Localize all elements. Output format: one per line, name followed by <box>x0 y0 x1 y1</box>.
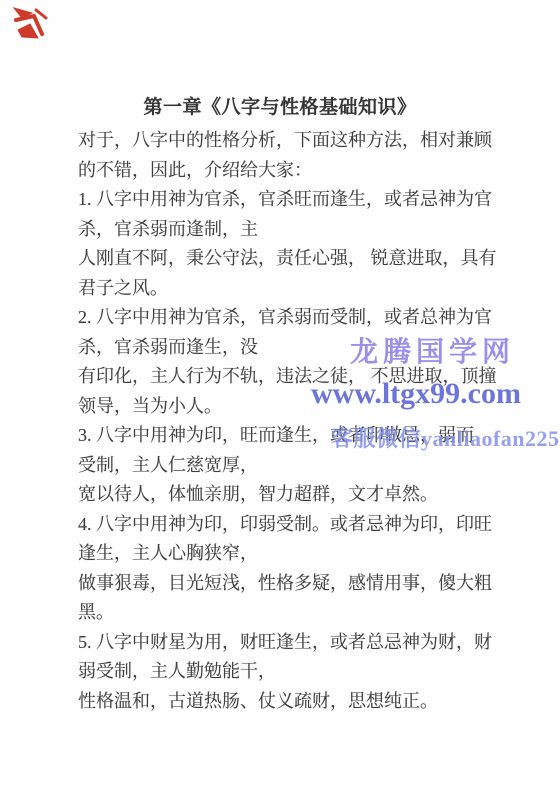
text-line: 人刚直不阿，秉公守法，责任心强， 锐意进取，具有 <box>78 244 498 274</box>
text-line: 宽以待人，体恤亲朋，智力超群，文才卓然。 <box>78 480 498 510</box>
red-stamp-icon <box>8 4 50 42</box>
text-line: 1. 八字中用神为官杀，官杀旺而逢生，或者忌神为官 <box>78 185 498 215</box>
text-line: 做事狠毒，目光短浅，性格多疑，感情用事，傻大粗 <box>78 569 498 599</box>
text-line: 领导，当为小人。 <box>78 392 498 422</box>
text-line: 有印化，主人行为不轨，违法之徒， 不思进取，顶撞 <box>78 362 498 392</box>
document-body: 对于，八字中的性格分析，下面这种方法，相对兼顾 的不错，因此，介绍给大家： 1.… <box>78 126 498 716</box>
text-line: 3. 八字中用神为印，旺而逢生，或者印做忌，弱而 <box>78 421 498 451</box>
text-line: 受制，主人仁慈宽厚， <box>78 451 498 481</box>
text-line: 对于，八字中的性格分析，下面这种方法，相对兼顾 <box>78 126 498 156</box>
text-line: 杀，官杀弱而逢制，主 <box>78 215 498 245</box>
text-line: 君子之风。 <box>78 274 498 304</box>
text-line: 弱受制，主人勤勉能干， <box>78 657 498 687</box>
page-title: 第一章《八字与性格基础知识》 <box>0 92 560 119</box>
document-page: 第一章《八字与性格基础知识》 对于，八字中的性格分析，下面这种方法，相对兼顾 的… <box>0 0 560 794</box>
text-line: 2. 八字中用神为官杀，官杀弱而受制，或者总神为官 <box>78 303 498 333</box>
text-line: 逢生，主人心胸狭窄， <box>78 539 498 569</box>
text-line: 黑。 <box>78 598 498 628</box>
text-line: 5. 八字中财星为用，财旺逢生，或者总忌神为财，财 <box>78 628 498 658</box>
text-line: 4. 八字中用神为印，印弱受制。或者忌神为印，印旺 <box>78 510 498 540</box>
text-line: 性格温和，古道热肠、仗义疏财，思想纯正。 <box>78 687 498 717</box>
text-line: 杀，官杀弱而逢生，没 <box>78 333 498 363</box>
text-line: 的不错，因此，介绍给大家： <box>78 156 498 186</box>
